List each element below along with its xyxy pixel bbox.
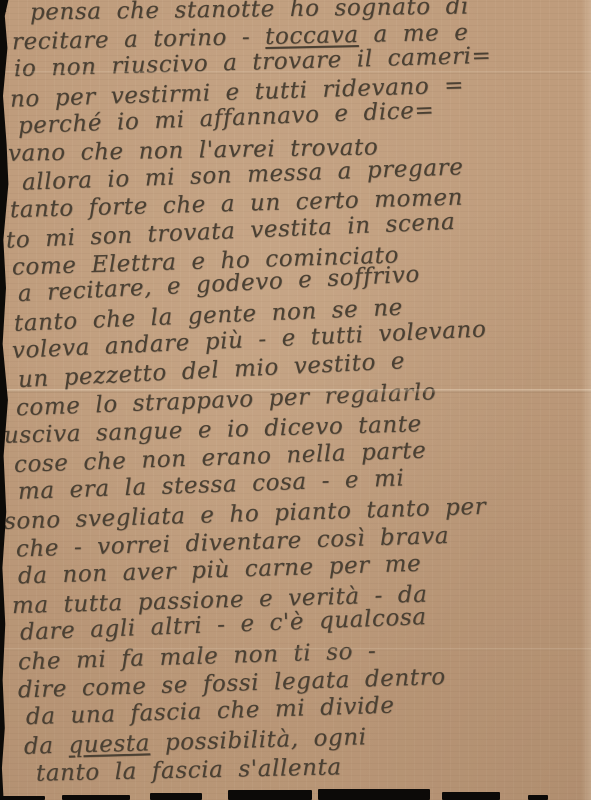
letter-body: pensa che stanotte ho sognato direcitare… [0, 1, 591, 800]
scan-edge-bottom-segment [228, 790, 312, 800]
scan-edge-bottom-segment [150, 793, 202, 800]
scan-edge-bottom-segment [528, 795, 548, 800]
scan-edge-bottom-segment [62, 795, 130, 800]
scan-edge-bottom-segment [0, 796, 45, 800]
scan-edge-bottom-segment [442, 792, 500, 800]
letter-scan-page: pensa che stanotte ho sognato direcitare… [0, 0, 591, 800]
scan-edge-bottom-segment [318, 789, 430, 800]
